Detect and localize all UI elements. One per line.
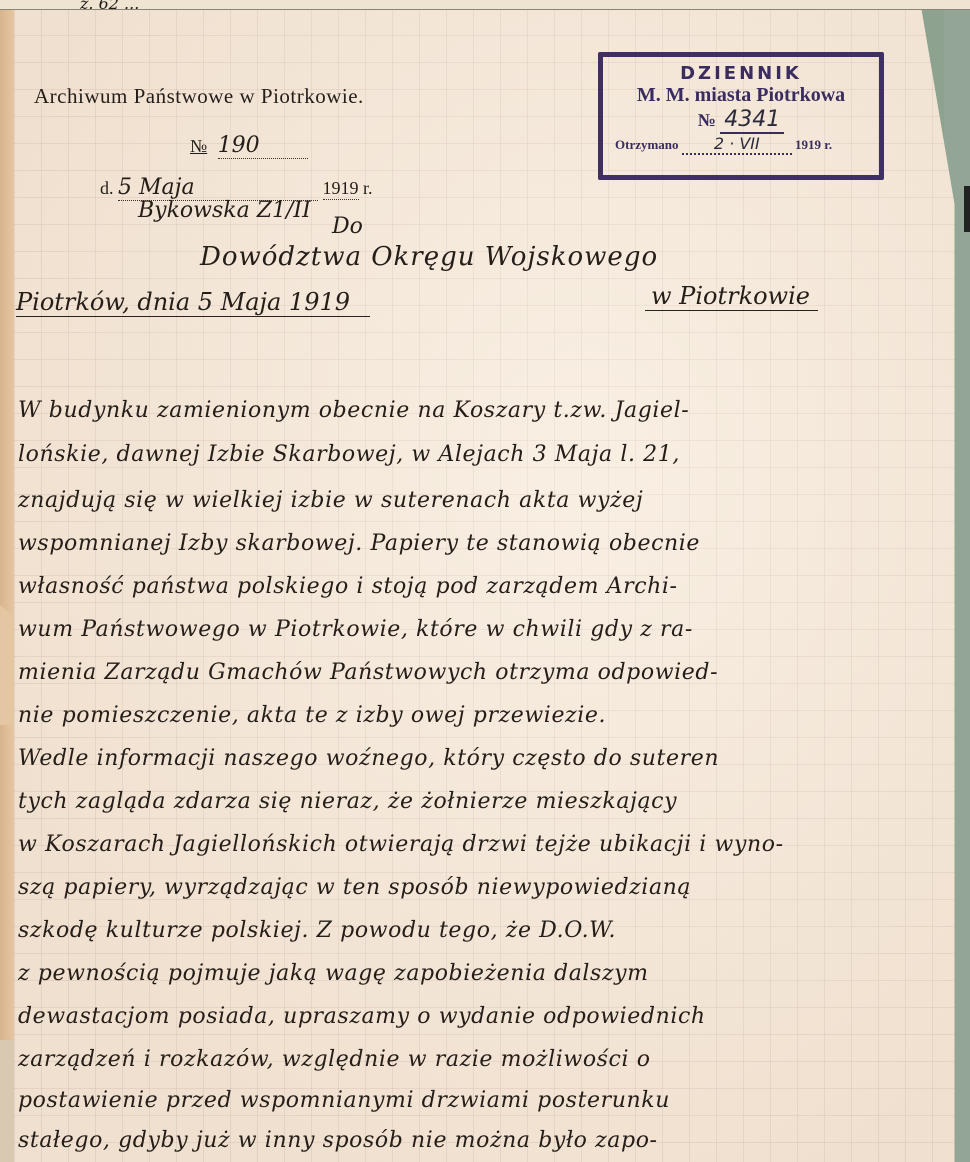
institution-heading: Archiwum Państwowe w Piotrkowie. [34, 84, 364, 109]
stamp-received-year: 1919 r. [795, 137, 832, 152]
body-line: mienia Zarządu Gmachów Państwowych otrzy… [18, 660, 718, 685]
stamp-number-value: 4341 [720, 107, 784, 134]
number-value: 190 [218, 133, 308, 159]
stamp-number: № 4341 [603, 107, 879, 132]
body-line: z pewnością pojmuje jaką wagę zapobieżen… [18, 961, 649, 986]
place-and-date: Piotrków, dnia 5 Maja 1919 [16, 288, 370, 317]
body-line: własność państwa polskiego i stoją pod z… [18, 574, 678, 599]
stamp-received-value: 2 · VII [682, 134, 792, 155]
body-line: znajdują się w wielkiej izbie w suterena… [18, 488, 643, 513]
date-prefix: d. [100, 178, 114, 198]
body-line: stałego, gdyby już w inny sposób nie moż… [18, 1128, 658, 1153]
left-underlying-sheet [0, 1040, 16, 1162]
registry-stamp: DZIENNIK M. M. miasta Piotrkowa № 4341 O… [598, 52, 884, 180]
body-line: szkodę kulturze polskiej. Z powodu tego,… [18, 918, 616, 943]
reference-signature: Bykowska Z1/II [138, 198, 311, 223]
body-line: w Koszarach Jagiellońskich otwierają drz… [18, 832, 784, 857]
body-line: nie pomieszczenie, akta te z izby owej p… [18, 703, 606, 728]
body-line: lońskie, dawnej Izbie Skarbowej, w Aleja… [18, 442, 680, 467]
stamp-title: DZIENNIK [603, 63, 879, 84]
body-line: Wedle informacji naszego woźnego, który … [18, 746, 719, 771]
to-label: Do [332, 214, 363, 239]
body-line: wspomnianej Izby skarbowej. Papiery te s… [18, 531, 700, 556]
folder-mark [964, 186, 970, 232]
body-line: dewastacjom posiada, upraszamy o wydanie… [18, 1004, 706, 1029]
body-line: tych zagląda zdarza się nieraz, że żołni… [18, 789, 677, 814]
stamp-received: Otrzymano 2 · VII 1919 r. [603, 134, 879, 155]
body-line: postawienie przed wspomnianymi drzwiami … [18, 1088, 670, 1113]
previous-page-strip: z. 62 ... [0, 0, 970, 10]
addressee-line: Dowództwa Okręgu Wojskowego [200, 242, 658, 272]
date-year: 1919 [323, 178, 359, 200]
body-line: W budynku zamienionym obecnie na Koszary… [18, 398, 689, 423]
stamp-number-label: № [698, 110, 716, 130]
stamp-received-label: Otrzymano [615, 137, 679, 152]
body-line: zarządzeń i rozkazów, względnie w razie … [18, 1047, 651, 1072]
number-label: № [190, 136, 207, 156]
date-suffix: r. [363, 178, 373, 198]
previous-page-text: z. 62 ... [80, 0, 139, 13]
addressee-city: w Piotrkowie [645, 282, 818, 311]
stamp-subtitle: M. M. miasta Piotrkowa [603, 84, 879, 107]
body-line: wum Państwowego w Piotrkowie, które w ch… [18, 617, 693, 642]
document-number: № 190 [190, 133, 308, 159]
body-line: szą papiery, wyrządzając w ten sposób ni… [18, 875, 691, 900]
